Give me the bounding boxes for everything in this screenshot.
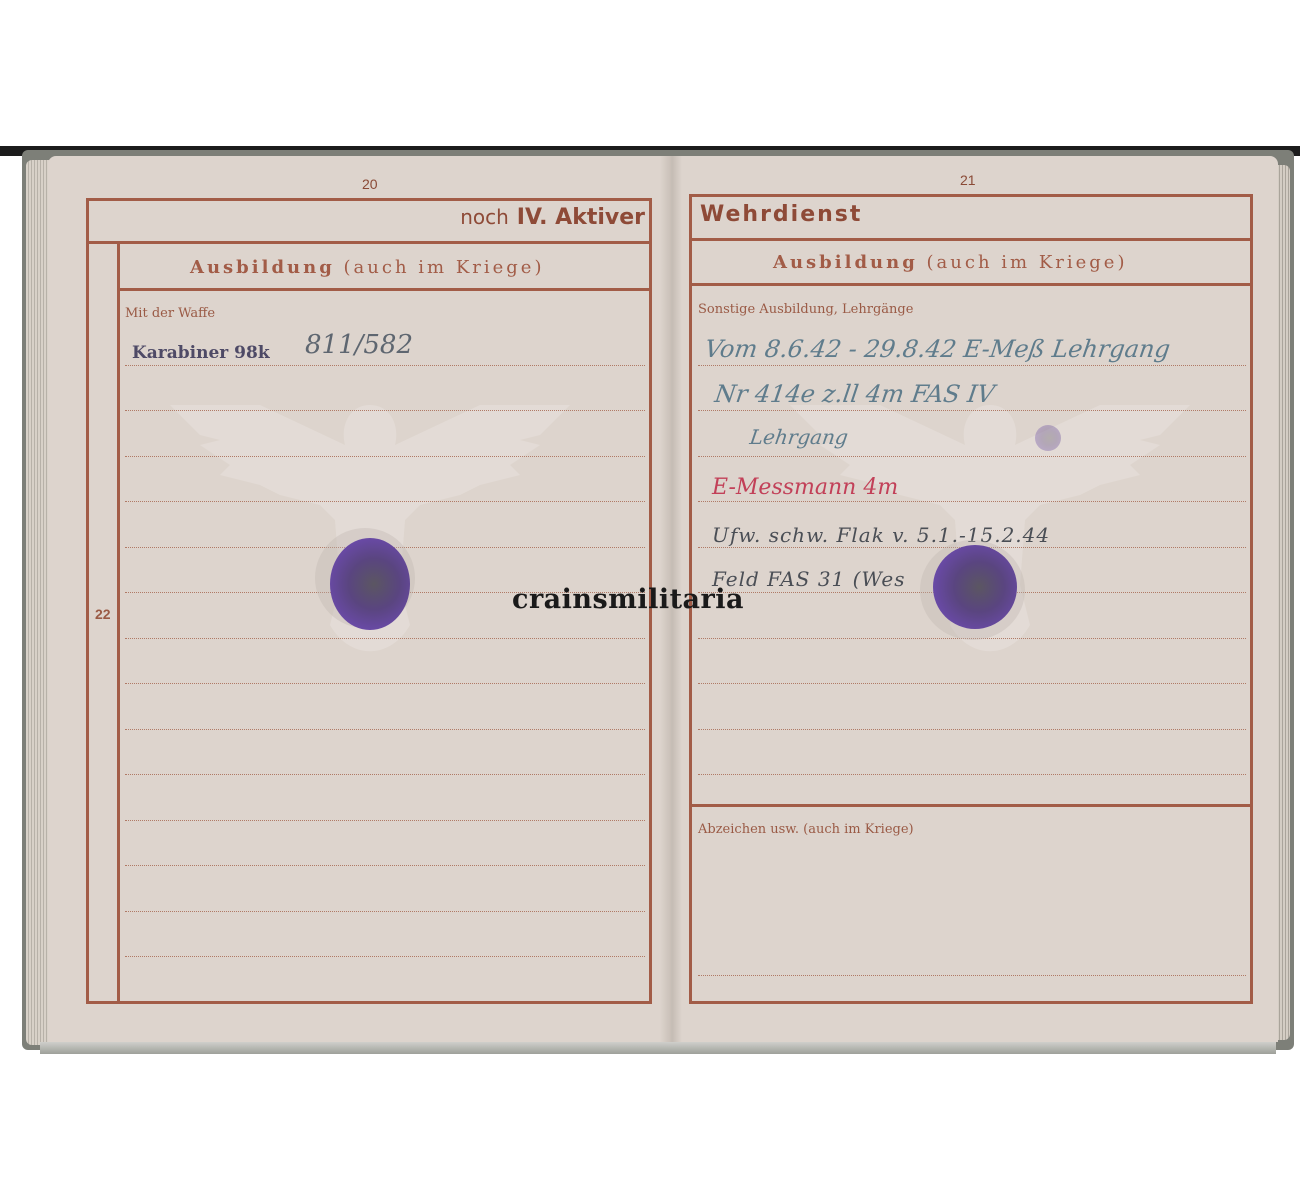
ruled-line (125, 729, 645, 730)
right-header-title: Wehrdienst (700, 202, 862, 227)
ruled-line (125, 774, 645, 775)
ruled-line (698, 365, 1246, 366)
ruled-line (125, 638, 645, 639)
section-title-rest: (auch im Kriege) (344, 257, 545, 278)
badges-field-label: Abzeichen usw. (auch im Kriege) (698, 822, 914, 837)
ruled-line (698, 729, 1246, 730)
left-header-divider (86, 241, 652, 244)
course-entry-red: E-Messmann 4m (712, 475, 898, 500)
section-title-bold: Ausbildung (773, 252, 918, 273)
side-page-number: 22 (95, 606, 111, 622)
left-field-label: Mit der Waffe (125, 306, 215, 321)
course-entry-line-1: Vom 8.6.42 - 29.8.42 E-Meß Lehrgang (703, 335, 1172, 363)
ruled-line (698, 501, 1246, 502)
page-number-right: 21 (960, 172, 976, 188)
weapon-stamp: Karabiner 98k (132, 343, 270, 363)
right-field-label: Sonstige Ausbildung, Lehrgänge (698, 302, 913, 317)
ruled-line (698, 975, 1246, 976)
page-number-left: 20 (362, 176, 378, 192)
violet-ink-stamp (330, 538, 410, 630)
header-prefix: noch (460, 205, 509, 229)
ruled-line (125, 410, 645, 411)
ruled-line (698, 774, 1246, 775)
left-section-title: Ausbildung (auch im Kriege) (190, 257, 544, 278)
ruled-line (125, 820, 645, 821)
header-title: IV. Aktiver (517, 205, 645, 230)
weapon-serial-handwritten: 811/582 (305, 330, 413, 360)
section-title-bold: Ausbildung (190, 257, 335, 278)
violet-ink-stamp (933, 545, 1017, 629)
ruled-line (125, 501, 645, 502)
course-entry-flak: Ufw. schw. Flak v. 5.1.-15.2.44 (712, 523, 1050, 547)
ruled-line (125, 865, 645, 866)
section-title-rest: (auch im Kriege) (927, 252, 1128, 273)
left-page-stack (26, 160, 50, 1045)
right-section-title: Ausbildung (auch im Kriege) (773, 252, 1127, 273)
course-entry-line-3: Lehrgang (748, 425, 849, 449)
right-header-divider (689, 238, 1253, 241)
right-section-divider (689, 283, 1253, 286)
ruled-line (125, 365, 645, 366)
course-entry-line-2: Nr 414e z.ll 4m FAS IV (713, 380, 996, 408)
ruled-line (125, 683, 645, 684)
ruled-line (698, 410, 1246, 411)
left-header-title: nochIV. Aktiver (460, 205, 645, 230)
left-section-divider (117, 288, 652, 291)
ruled-line (125, 456, 645, 457)
ruled-line (125, 911, 645, 912)
ruled-line (698, 683, 1246, 684)
ruled-line (698, 456, 1246, 457)
watermark-text: crainsmilitaria (512, 584, 744, 615)
left-margin-rule (117, 241, 120, 1004)
right-subsection-divider (689, 804, 1253, 807)
book-bottom-edge (40, 1042, 1276, 1054)
ruled-line (125, 956, 645, 957)
faint-ink-dot (1035, 425, 1061, 451)
